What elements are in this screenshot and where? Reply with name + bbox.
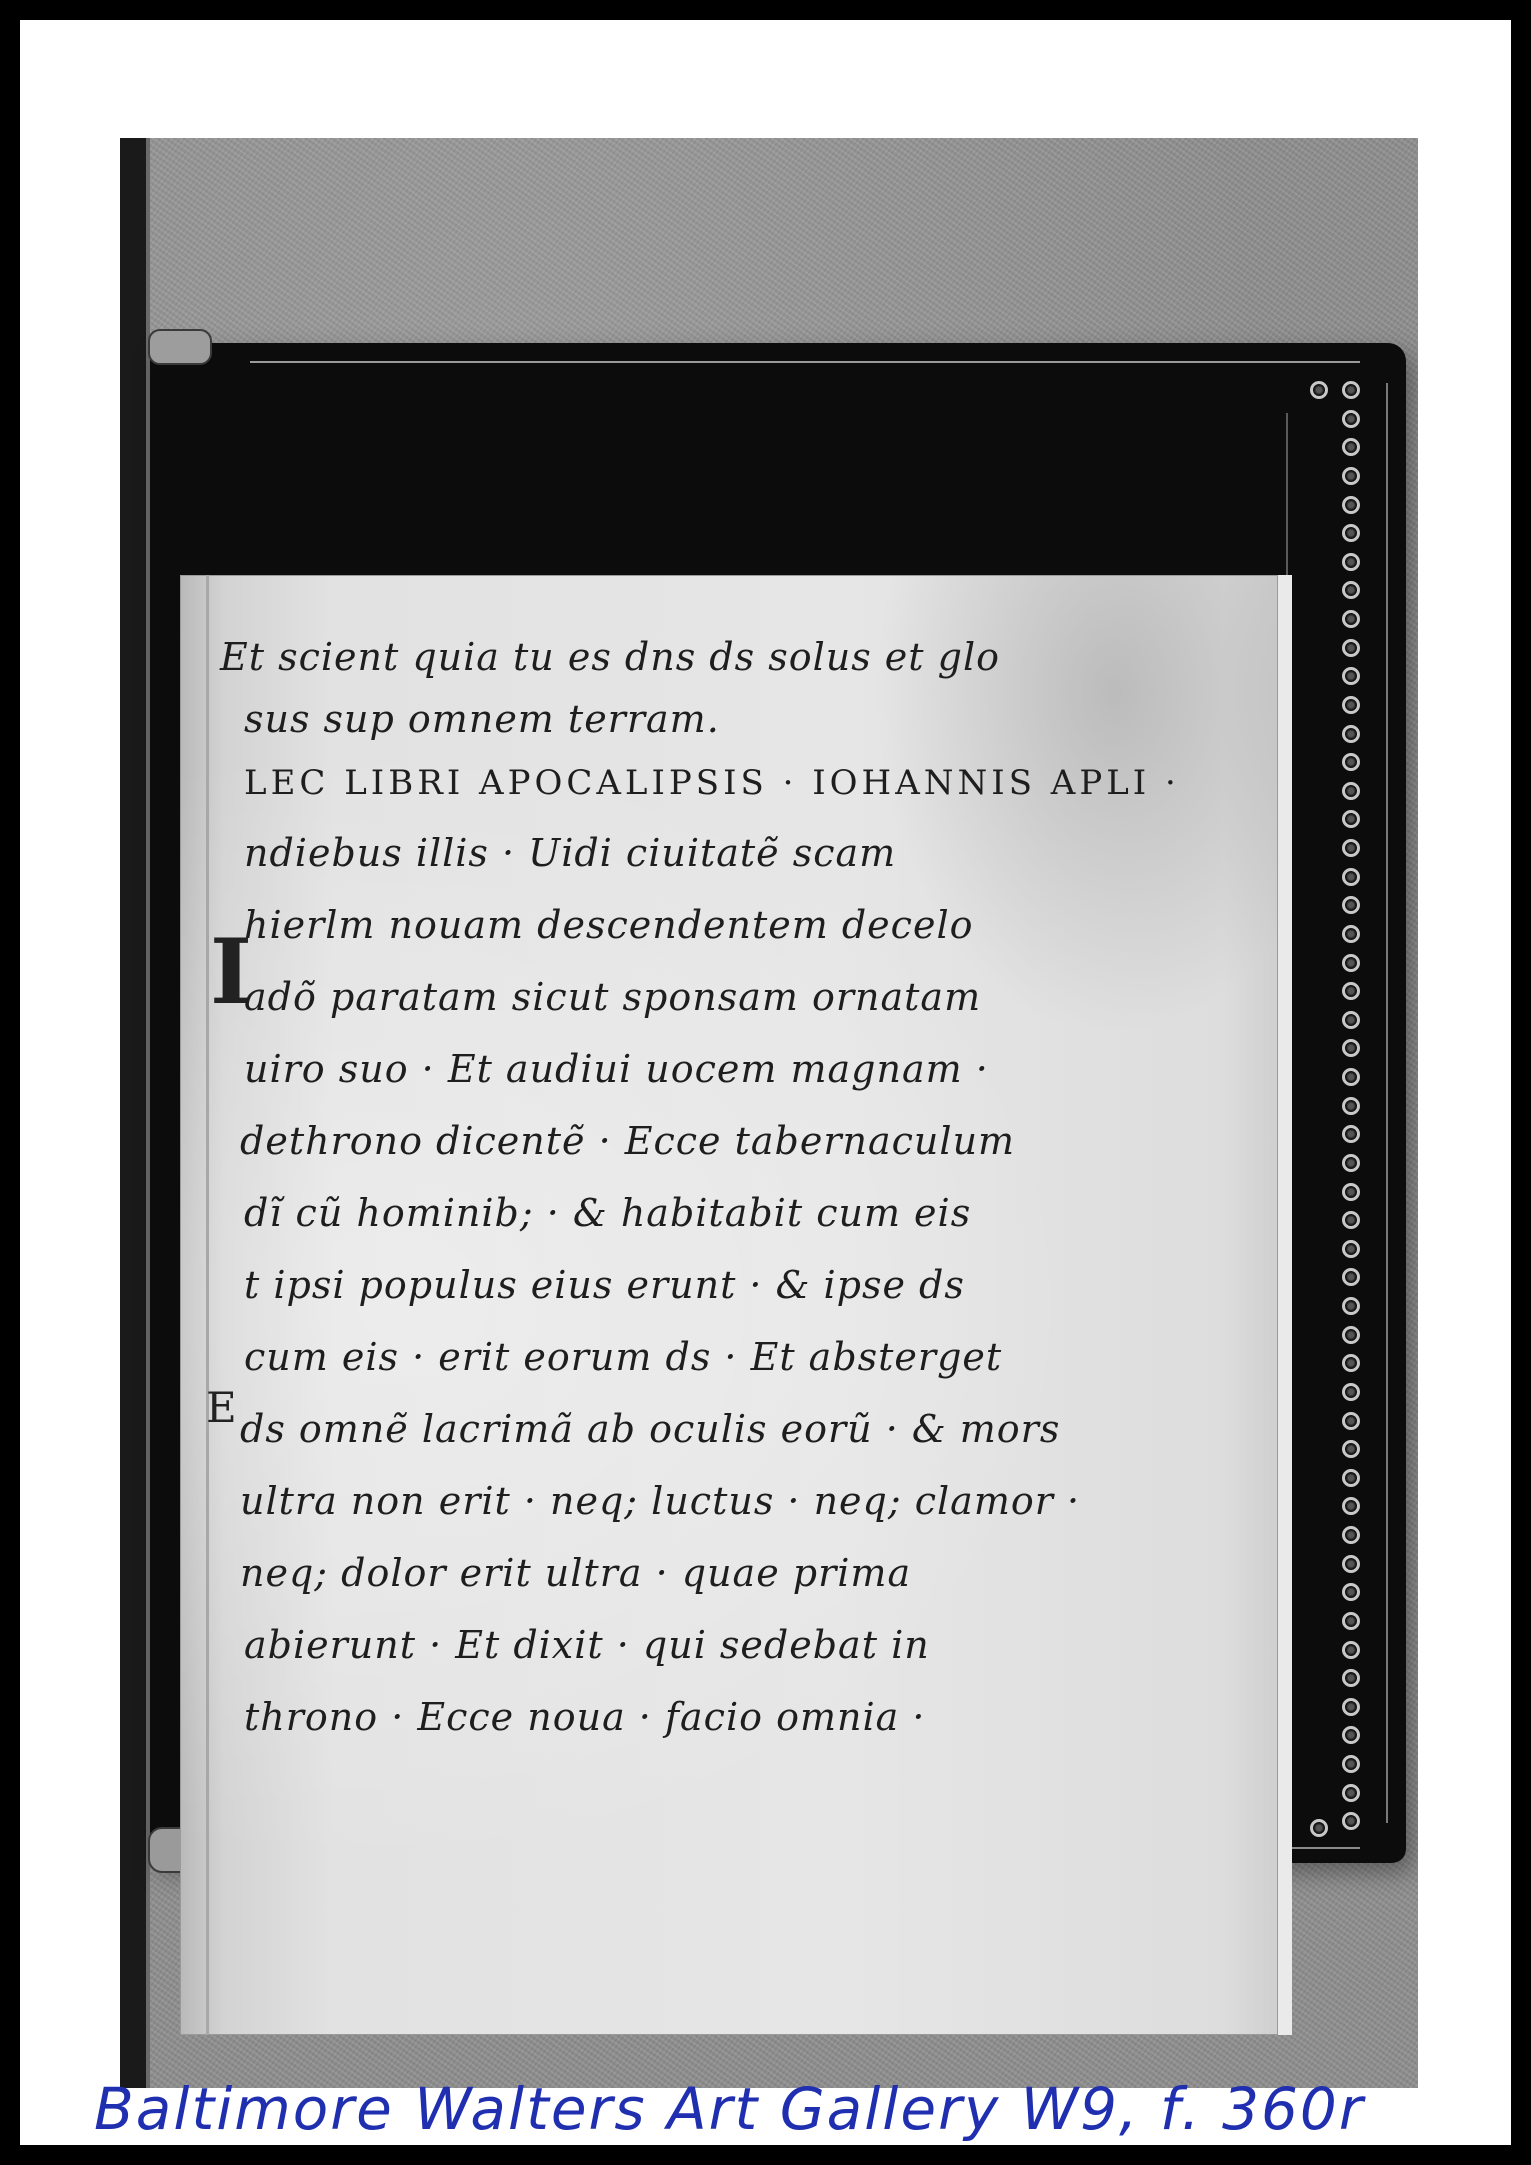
stud-icon [1342, 1383, 1360, 1401]
photo-mount-card: I E Et scient quia tu es dns ds solus et… [20, 20, 1511, 2145]
stud-icon [1342, 725, 1360, 743]
stud-icon [1342, 1354, 1360, 1372]
stud-icon [1342, 1440, 1360, 1458]
stud-icon [1342, 1669, 1360, 1687]
stud-icon [1342, 782, 1360, 800]
stud-icon [1342, 1726, 1360, 1744]
stud-icon [1342, 1240, 1360, 1258]
stud-icon [1342, 667, 1360, 685]
page-gutter [206, 575, 209, 2035]
stud-icon [1342, 639, 1360, 657]
stud-icon [1342, 1011, 1360, 1029]
stud-icon [1342, 1698, 1360, 1716]
stud-icon [1342, 1497, 1360, 1515]
stud-icon [1310, 1819, 1328, 1837]
stud-icon [1342, 1097, 1360, 1115]
rubric-heading: LEC LIBRI APOCALIPSIS · IOHANNIS APLI · [244, 763, 1180, 803]
text-line: abierunt · Et dixit · qui sedebat in [244, 1623, 930, 1667]
text-line: uiro suo · Et audiui uocem magnam · [244, 1047, 989, 1091]
text-line: Et scient quia tu es dns ds solus et glo [220, 635, 1000, 679]
manuscript-photograph: I E Et scient quia tu es dns ds solus et… [120, 138, 1418, 2088]
stud-icon [1342, 467, 1360, 485]
stud-icon [1342, 1125, 1360, 1143]
text-line: ultra non erit · neq; luctus · neq; clam… [240, 1479, 1080, 1523]
text-line: t ipsi populus eius erunt · & ipse ds [244, 1263, 965, 1307]
stud-icon [1342, 1154, 1360, 1172]
stud-icon [1342, 1297, 1360, 1315]
stud-icon [1342, 896, 1360, 914]
text-line: neq; dolor erit ultra · quae prima [240, 1551, 911, 1595]
text-line: sus sup omnem terram. [244, 697, 720, 741]
manuscript-page: I E Et scient quia tu es dns ds solus et… [180, 575, 1292, 2035]
stud-icon [1342, 1211, 1360, 1229]
text-line: dethrono dicentẽ · Ecce tabernaculum [240, 1119, 1015, 1163]
stud-icon [1342, 1469, 1360, 1487]
stud-icon [1342, 1268, 1360, 1286]
stud-icon [1342, 753, 1360, 771]
binding-fillet-right [1386, 383, 1388, 1823]
text-line: throno · Ecce noua · facio omnia · [244, 1695, 925, 1739]
stud-icon [1342, 1755, 1360, 1773]
book-binding: I E Et scient quia tu es dns ds solus et… [150, 343, 1406, 1863]
stud-icon [1342, 524, 1360, 542]
text-line: ds omnẽ lacrimã ab oculis eorũ · & mors [240, 1407, 1060, 1451]
text-line: hierlm nouam descendentem decelo [244, 903, 973, 947]
stud-icon [1342, 868, 1360, 886]
stud-icon [1342, 581, 1360, 599]
stud-icon [1342, 496, 1360, 514]
book-spine-shadow [120, 138, 146, 2088]
stud-icon [1342, 982, 1360, 1000]
handwritten-caption: Baltimore Walters Art Gallery W9, f. 360… [94, 2075, 1365, 2143]
stud-icon [1342, 925, 1360, 943]
stud-icon [1342, 1612, 1360, 1630]
text-line: dĩ cũ hominib; · & habitabit cum eis [244, 1191, 971, 1235]
stud-icon [1342, 553, 1360, 571]
stud-icon [1342, 1784, 1360, 1802]
stud-icon [1342, 1555, 1360, 1573]
stud-icon [1342, 839, 1360, 857]
stud-icon [1342, 954, 1360, 972]
stud-icon [1342, 1183, 1360, 1201]
binding-fillet-top [250, 361, 1360, 363]
stud-icon [1342, 1412, 1360, 1430]
stud-icon [1342, 1583, 1360, 1601]
stud-icon [1342, 1641, 1360, 1659]
clasp-top-icon [148, 329, 212, 365]
stud-icon [1342, 1526, 1360, 1544]
stud-icon [1342, 381, 1360, 399]
stud-icon [1342, 438, 1360, 456]
decorated-initial-E: E [206, 1383, 237, 1432]
binding-studs-column [1342, 381, 1364, 1831]
stud-icon [1342, 810, 1360, 828]
stud-icon [1342, 1812, 1360, 1830]
stud-icon [1342, 410, 1360, 428]
stud-icon [1342, 1326, 1360, 1344]
text-line: adõ paratam sicut sponsam ornatam [244, 975, 981, 1019]
stud-icon [1342, 1039, 1360, 1057]
stud-icon [1342, 1068, 1360, 1086]
stud-icon [1342, 696, 1360, 714]
stud-icon [1342, 610, 1360, 628]
text-line: ndiebus illis · Uidi ciuitatẽ scam [244, 831, 896, 875]
stud-icon [1310, 381, 1328, 399]
text-line: cum eis · erit eorum ds · Et absterget [244, 1335, 1002, 1379]
